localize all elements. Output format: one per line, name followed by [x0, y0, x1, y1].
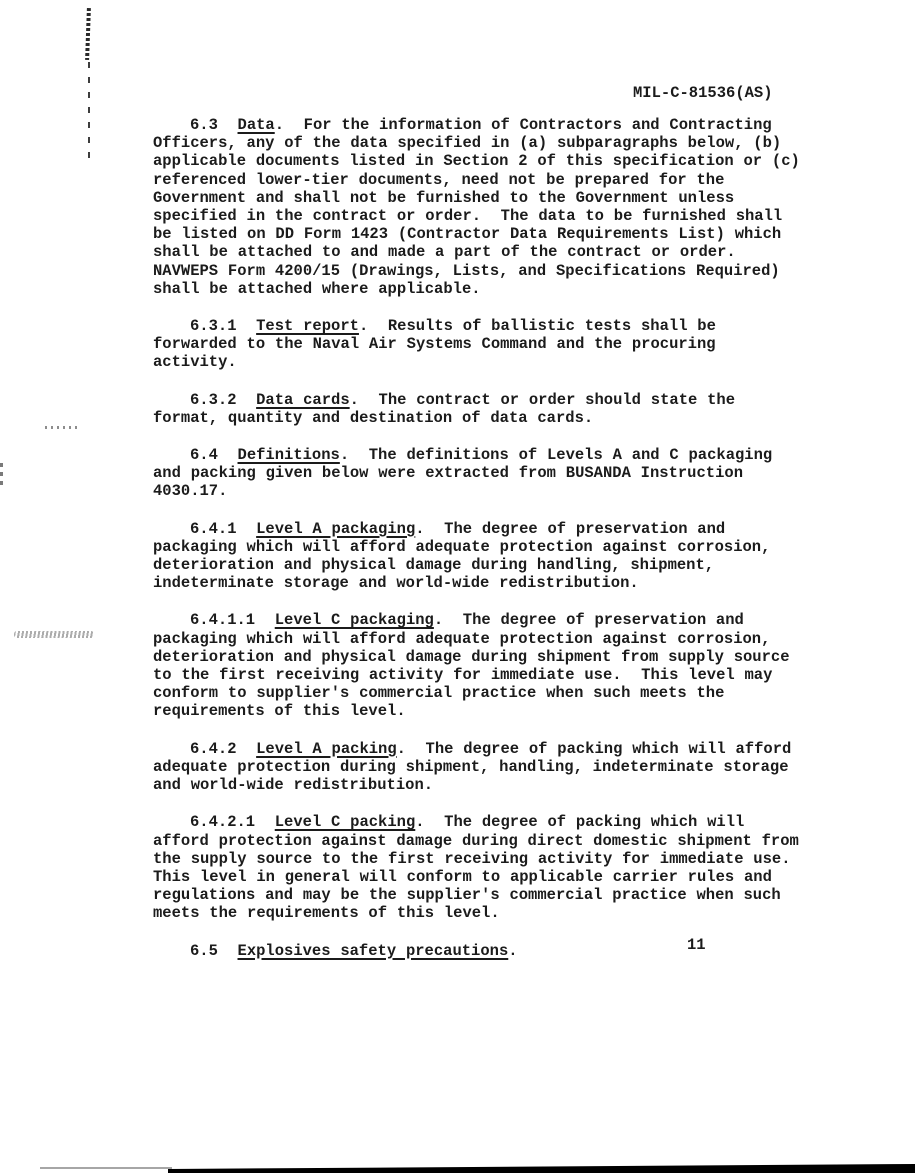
section-6-5: 6.5 Explosives safety precautions. [153, 942, 805, 960]
section-title: Data cards [256, 391, 350, 409]
section-title: Level C packaging [275, 611, 434, 629]
section-number: 6.3 [190, 116, 218, 134]
section-6-3: 6.3 Data. For the information of Contrac… [153, 116, 805, 298]
document-body: 6.3 Data. For the information of Contrac… [153, 116, 805, 979]
section-number: 6.3.1 [190, 317, 237, 335]
section-title: Level A packaging [256, 520, 415, 538]
section-title: Level A packing [256, 740, 397, 758]
scan-artifact-gray-smudge [14, 631, 94, 638]
section-title: Definitions [238, 446, 340, 464]
section-6-4-2-1: 6.4.2.1 Level C packing. The degree of p… [153, 813, 805, 922]
section-body-text: . For the information of Contractors and… [153, 116, 810, 298]
section-number: 6.3.2 [190, 391, 237, 409]
section-6-4: 6.4 Definitions. The definitions of Leve… [153, 446, 805, 501]
section-6-3-1: 6.3.1 Test report. Results of ballistic … [153, 317, 805, 372]
scan-artifact-vertical-squiggle [85, 8, 91, 60]
section-body-text: . [508, 942, 517, 960]
section-title: Explosives safety precautions [238, 942, 509, 960]
scan-artifact-vertical-dashes [88, 62, 90, 162]
section-body-text: . The degree of packing which will affor… [153, 740, 801, 794]
section-number: 6.4 [190, 446, 218, 464]
scan-artifact-bottom-gray-line [40, 1167, 172, 1169]
section-6-4-1-1: 6.4.1.1 Level C packaging. The degree of… [153, 611, 805, 720]
section-number: 6.4.2.1 [190, 813, 255, 831]
section-body-text: . The contract or order should state the… [153, 391, 745, 427]
section-6-4-2: 6.4.2 Level A packing. The degree of pac… [153, 740, 805, 795]
section-title: Level C packing [275, 813, 416, 831]
section-body-text: . The degree of preservation and packagi… [153, 520, 780, 593]
section-number: 6.4.2 [190, 740, 237, 758]
scan-artifact-edge-marks [0, 463, 3, 490]
document-id-header: MIL-C-81536(AS) [633, 84, 773, 102]
section-body-text: . Results of ballistic tests shall be fo… [153, 317, 726, 371]
section-number: 6.4.1 [190, 520, 237, 538]
page-number: 11 [687, 936, 706, 954]
scan-artifact-bottom-black-bar [168, 1163, 915, 1173]
section-6-3-2: 6.3.2 Data cards. The contract or order … [153, 391, 805, 427]
section-title: Test report [256, 317, 359, 335]
document-page: MIL-C-81536(AS) 6.3 Data. For the inform… [0, 0, 915, 1173]
section-number: 6.4.1.1 [190, 611, 255, 629]
scan-artifact-horizontal-dots [45, 426, 81, 429]
section-title: Data [238, 116, 275, 134]
section-6-4-1: 6.4.1 Level A packaging. The degree of p… [153, 520, 805, 593]
section-number: 6.5 [190, 942, 218, 960]
